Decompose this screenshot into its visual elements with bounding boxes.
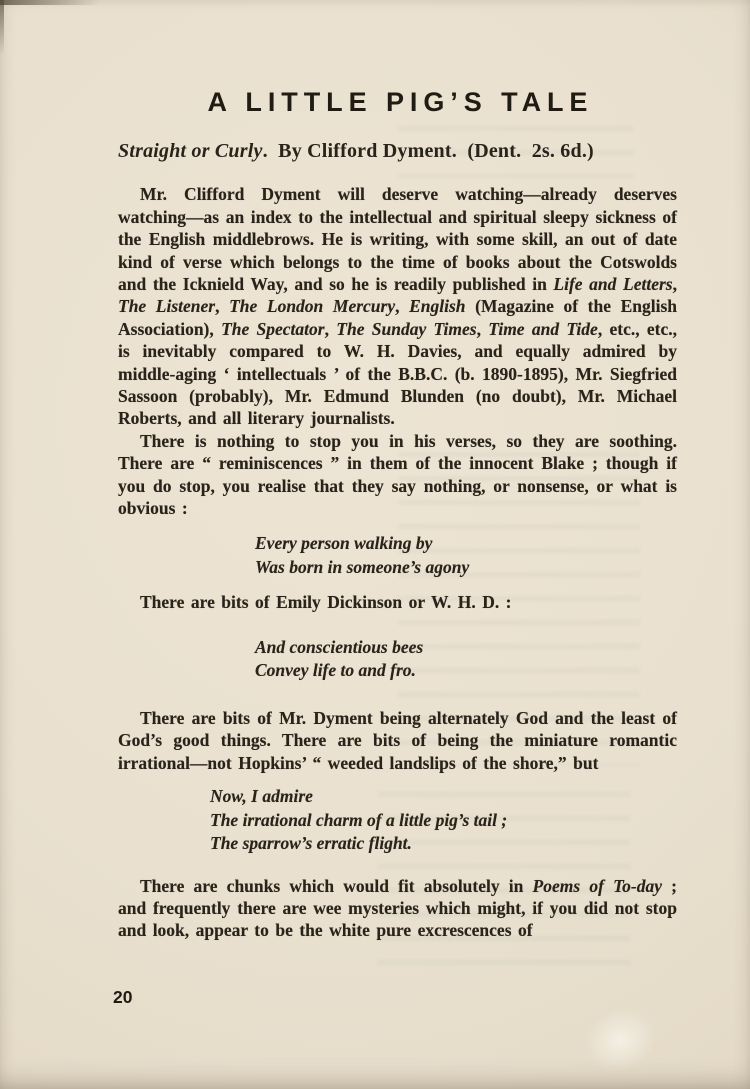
verse-quote-1: Every person walking byWas born in someo… bbox=[255, 532, 677, 579]
italic-text-run: Life and Letters bbox=[553, 274, 672, 294]
paragraph-1: Mr. Clifford Dyment will deserve watchin… bbox=[118, 183, 677, 429]
byline-author-publisher: . By Clifford Dyment. (Dent. 2s. 6d.) bbox=[263, 140, 594, 162]
text-run: , bbox=[395, 296, 409, 316]
verse-line: Convey life to and fro. bbox=[255, 659, 677, 683]
italic-text-run: English bbox=[409, 296, 465, 316]
italic-text-run: Poems of To-day bbox=[533, 876, 662, 896]
verse-line: Was born in someone’s agony bbox=[255, 556, 677, 580]
italic-text-run: The Listener bbox=[118, 296, 215, 316]
text-run: , bbox=[215, 296, 229, 316]
text-run: , bbox=[477, 319, 489, 339]
text-run: There is nothing to stop you in his vers… bbox=[118, 431, 677, 518]
italic-text-run: Time and Tide bbox=[488, 319, 598, 339]
paragraph-4: There are chunks which would fit absolut… bbox=[118, 875, 677, 942]
scan-edge-shadow-left bbox=[0, 0, 4, 55]
text-block: A LITTLE PIG’S TALE Straight or Curly. B… bbox=[118, 88, 677, 942]
paragraph-2: There is nothing to stop you in his vers… bbox=[118, 430, 677, 520]
verse-line: The irrational charm of a little pig’s t… bbox=[210, 809, 677, 833]
text-run: , bbox=[325, 319, 337, 339]
paper-sheen bbox=[574, 996, 668, 1083]
page-number: 20 bbox=[113, 987, 132, 1008]
text-run: There are chunks which would fit absolut… bbox=[140, 876, 533, 896]
verse-line: And conscientious bees bbox=[255, 636, 677, 660]
text-run: There are bits of Mr. Dyment being alter… bbox=[118, 708, 677, 773]
italic-text-run: The Spectator bbox=[221, 319, 325, 339]
paragraph-bridge: There are bits of Emily Dickinson or W. … bbox=[118, 591, 677, 613]
verse-line: The sparrow’s erratic flight. bbox=[210, 832, 677, 856]
verse-line: Now, I admire bbox=[210, 785, 677, 809]
verse-quote-3: Now, I admireThe irrational charm of a l… bbox=[210, 785, 677, 856]
scan-edge-shadow-top bbox=[0, 0, 100, 5]
paragraph-3: There are bits of Mr. Dyment being alter… bbox=[118, 707, 677, 774]
article-title: A LITTLE PIG’S TALE bbox=[118, 88, 677, 116]
italic-text-run: The Sunday Times bbox=[336, 319, 476, 339]
reviewed-book-title: Straight or Curly bbox=[118, 140, 263, 162]
verse-quote-2: And conscientious beesConvey life to and… bbox=[255, 636, 677, 683]
scanned-book-page: A LITTLE PIG’S TALE Straight or Curly. B… bbox=[0, 0, 750, 1089]
book-byline: Straight or Curly. By Clifford Dyment. (… bbox=[118, 139, 677, 163]
text-run: , bbox=[673, 274, 677, 294]
italic-text-run: The London Mercury bbox=[229, 296, 395, 316]
verse-line: Every person walking by bbox=[255, 532, 677, 556]
